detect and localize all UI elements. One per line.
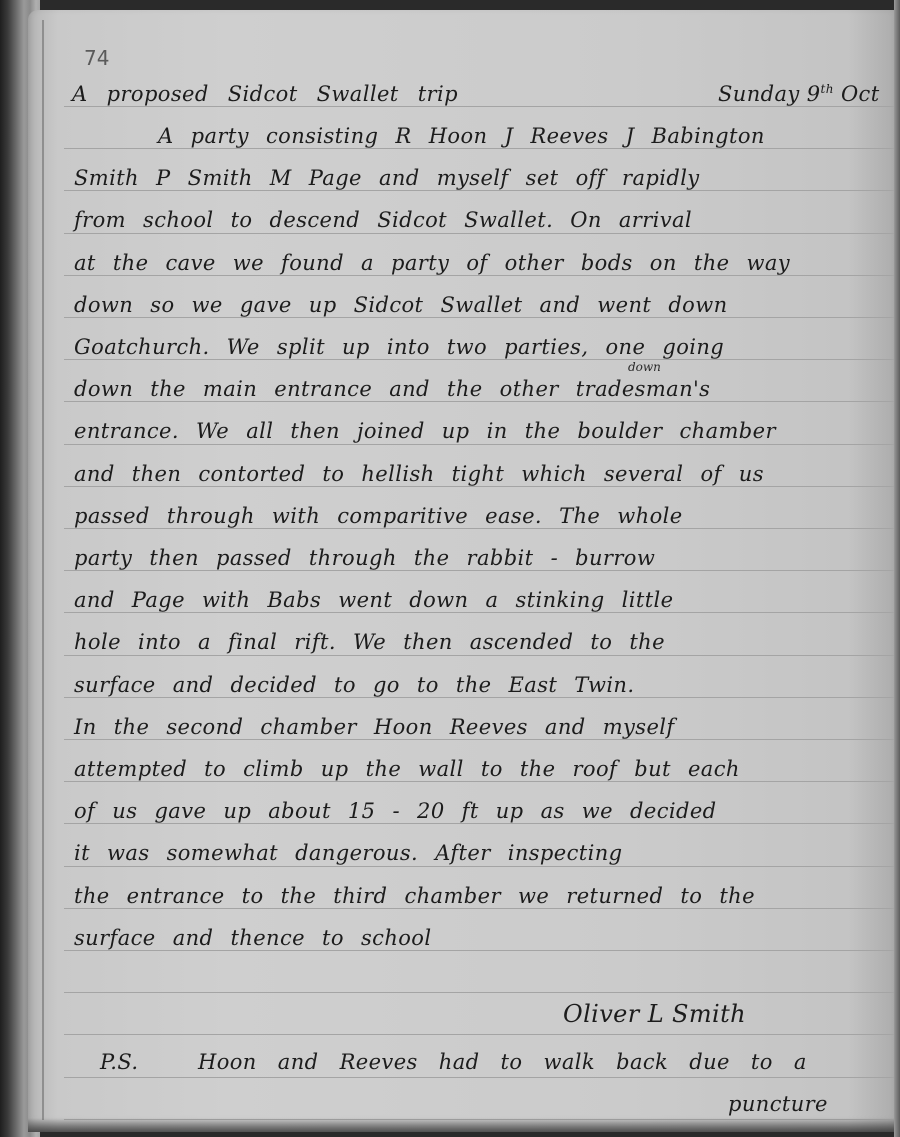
ruled-line	[64, 570, 894, 571]
body-line: passed through with comparitive ease. Th…	[74, 504, 683, 528]
body-line: it was somewhat dangerous. After inspect…	[74, 841, 623, 865]
ruled-line	[64, 739, 894, 740]
body-line: and Page with Babs went down a stinking …	[74, 588, 674, 612]
inserted-word: down	[628, 360, 661, 374]
ruled-line	[64, 444, 894, 445]
ruled-line	[64, 866, 894, 867]
body-line: hole into a final rift. We then ascended…	[74, 630, 665, 654]
ruled-line	[64, 486, 894, 487]
ruled-line	[64, 359, 894, 360]
body-line: surface and decided to go to the East Tw…	[74, 673, 634, 697]
body-line: entrance. We all then joined up in the b…	[74, 419, 776, 443]
notebook-page: 74 A proposed Sidcot Swallet trip Sunday…	[28, 10, 900, 1132]
postscript-label: P.S.	[100, 1050, 138, 1074]
body-line: of us gave up about 15 - 20 ft up as we …	[74, 799, 717, 823]
entry-title: A proposed Sidcot Swallet trip	[72, 82, 458, 106]
ruled-line	[64, 697, 894, 698]
ruled-line	[64, 612, 894, 613]
postscript-continuation: puncture	[728, 1092, 828, 1116]
body-line: attempted to climb up the wall to the ro…	[74, 757, 740, 781]
ruled-line	[64, 781, 894, 782]
ruled-line	[64, 1077, 894, 1078]
page-number: 74	[84, 46, 109, 70]
ruled-line	[64, 317, 894, 318]
ruled-line	[64, 655, 894, 656]
ruled-line	[64, 233, 894, 234]
ruled-line	[64, 106, 894, 107]
body-line: and then contorted to hellish tight whic…	[74, 462, 764, 486]
body-line: In the second chamber Hoon Reeves and my…	[74, 715, 675, 739]
body-line: down so we gave up Sidcot Swallet and we…	[74, 293, 728, 317]
ruled-line	[64, 950, 894, 951]
ruled-line	[64, 275, 894, 276]
ruled-line	[64, 1119, 894, 1120]
date-day: Sunday 9	[718, 82, 821, 106]
body-line: Goatchurch. We split up into two parties…	[74, 335, 724, 359]
body-line: surface and thence to school	[74, 926, 431, 950]
ruled-line	[64, 190, 894, 191]
ruled-line	[64, 992, 894, 993]
signature: Oliver L Smith	[563, 1000, 746, 1028]
date-month: Oct	[841, 82, 880, 106]
body-line: Smith P Smith M Page and myself set off …	[74, 166, 700, 190]
ruled-line	[64, 823, 894, 824]
entry-date: Sunday 9th Oct	[718, 82, 880, 106]
body-line: A party consisting R Hoon J Reeves J Bab…	[158, 124, 765, 148]
body-line: from school to descend Sidcot Swallet. O…	[74, 208, 692, 232]
ruled-line	[64, 401, 894, 402]
ruled-line	[64, 1034, 894, 1035]
page-edge	[894, 0, 900, 1137]
postscript-text: Hoon and Reeves had to walk back due to …	[198, 1050, 807, 1074]
ruled-line	[64, 148, 894, 149]
body-line: at the cave we found a party of other bo…	[74, 251, 790, 275]
date-ordinal: th	[821, 82, 834, 96]
body-line: the entrance to the third chamber we ret…	[74, 884, 755, 908]
body-line: party then passed through the rabbit - b…	[74, 546, 655, 570]
body-line: down the main entrance and the other tra…	[74, 377, 710, 401]
ruled-line	[64, 528, 894, 529]
ruled-line	[64, 908, 894, 909]
